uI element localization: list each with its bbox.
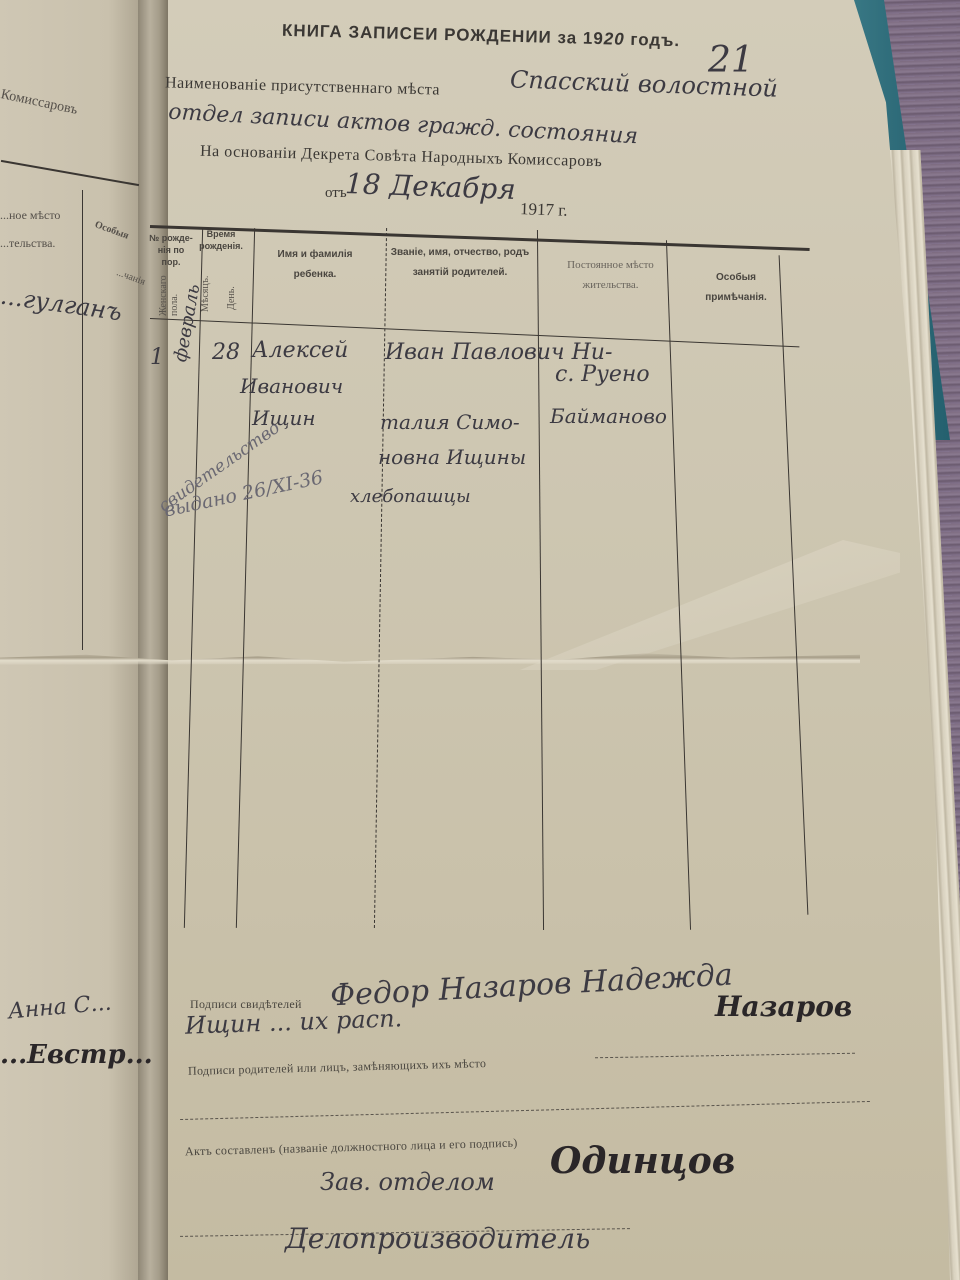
act-position: Зав. отделом — [320, 1168, 495, 1196]
header-notes: Особыя примѣчанія. — [686, 268, 786, 308]
entry-residence-line: Байманово — [550, 404, 667, 428]
entry-parents-line: новна Ищины — [378, 445, 526, 469]
left-page-col-fragment: ...тельства. — [0, 236, 55, 251]
decree-date-handwritten: 18 Декабря — [344, 167, 516, 206]
book-spine — [138, 0, 168, 1280]
decree-year: 1917 г. — [520, 199, 568, 221]
entry-parents-occupation: хлебопашцы — [350, 486, 471, 507]
entry-child-name-line: Иванович — [240, 374, 343, 398]
entry-residence-line: с. Руено — [555, 362, 650, 387]
act-signature: Одинцов — [550, 1140, 735, 1182]
left-page-signature: ...Евстр... — [0, 1040, 153, 1070]
entry-number: 1 — [150, 345, 164, 370]
register-year-handwritten: 20 — [604, 29, 625, 49]
header-birth-number-sub: Женскаго пола. — [158, 262, 180, 316]
header-residence: Постоянное мѣсто жительства. — [548, 255, 673, 295]
entry-parents-line: талия Симо- — [380, 410, 520, 434]
register-page — [150, 0, 950, 1280]
header-birth-time: Время рожденія. — [195, 228, 247, 252]
entry-child-name-line: Алексей — [252, 338, 348, 363]
act-position-line-2: Делопроизводитель — [285, 1222, 590, 1255]
left-page-col-fragment: ...ное мѣсто — [0, 208, 60, 223]
entry-birth-day: 28 — [212, 340, 240, 365]
left-page-rule — [82, 190, 83, 650]
header-birth-day: День. — [226, 270, 237, 310]
header-child-name: Имя и фамилія ребенка. — [260, 245, 370, 285]
witness-signature: Назаров — [715, 990, 852, 1023]
decree-date-prefix: отъ — [325, 185, 347, 202]
header-parents: Званіе, имя, отчество, родъ занятій роди… — [390, 243, 530, 283]
left-page-fragment — [0, 0, 155, 1280]
